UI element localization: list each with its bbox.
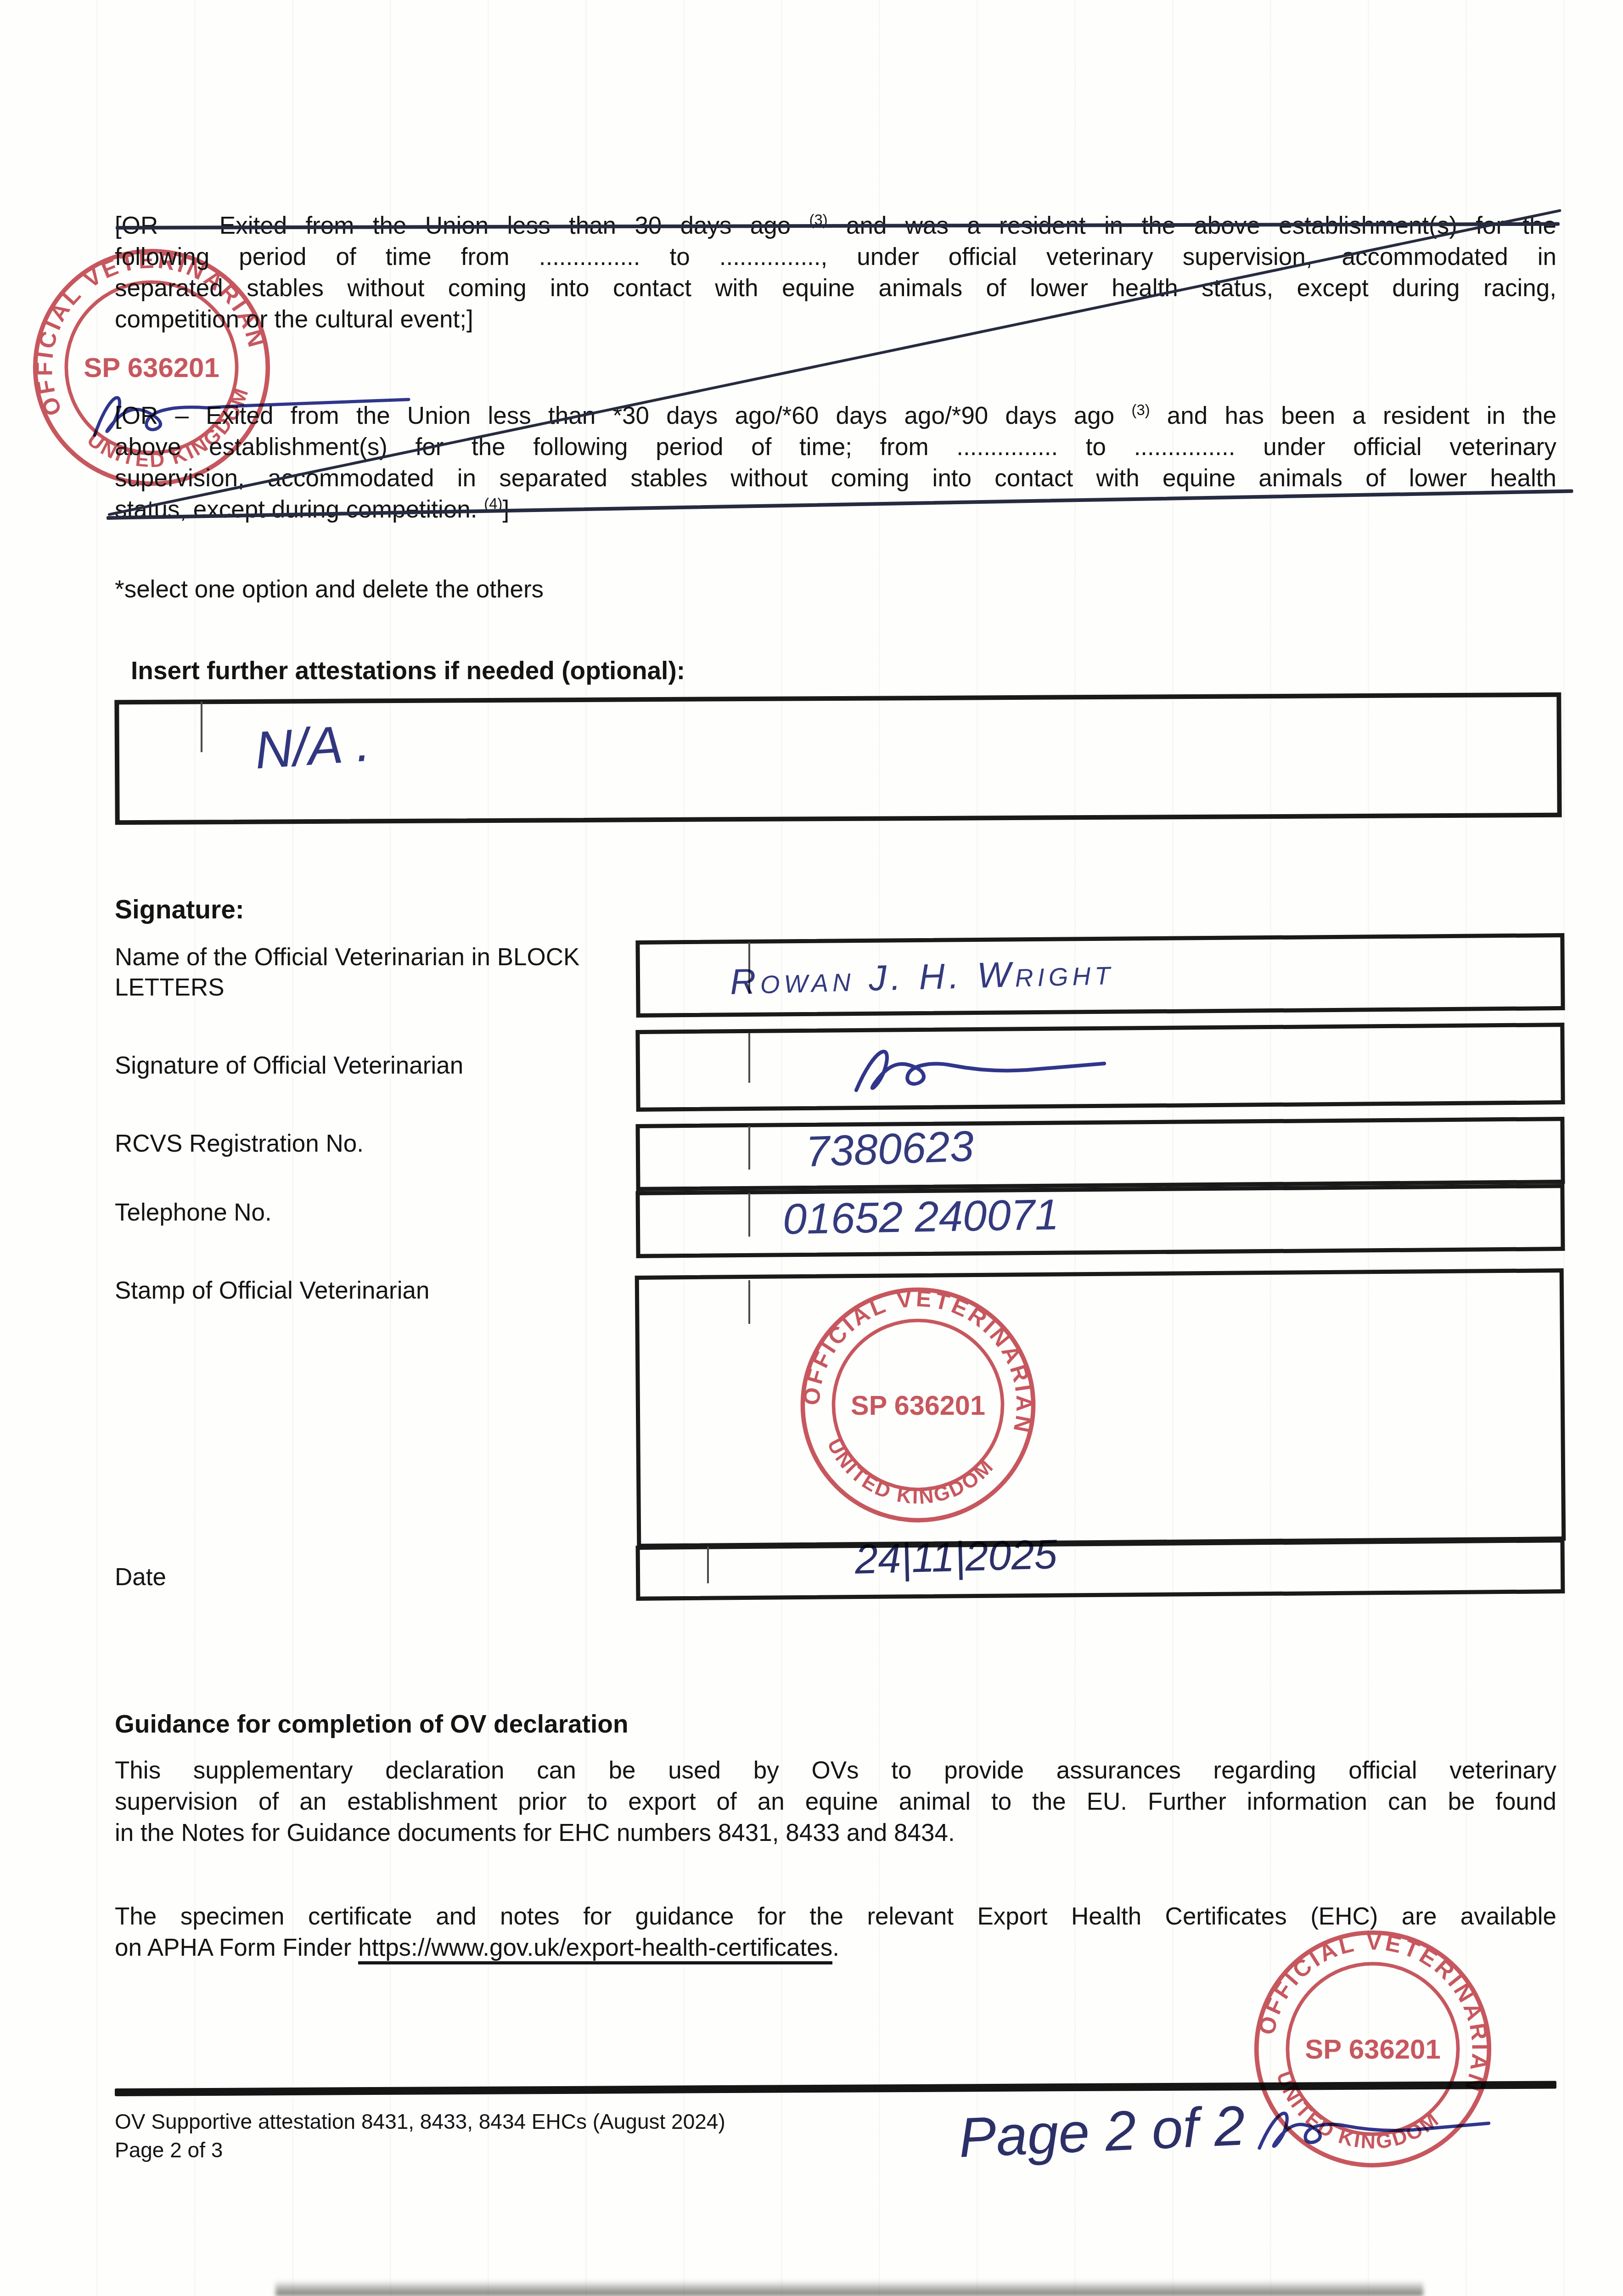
rcvs-value: 7380623 bbox=[805, 1121, 974, 1177]
guidance-line3: in the Notes for Guidance documents for … bbox=[115, 1818, 1556, 1849]
option1-line3: separated stables without coming into co… bbox=[115, 273, 1556, 304]
scan-tick-mark bbox=[748, 1126, 750, 1170]
phone-box bbox=[635, 1184, 1565, 1258]
further-attestations-heading: Insert further attestations if needed (o… bbox=[131, 656, 685, 685]
specimen-line2-suffix: . bbox=[832, 1934, 839, 1961]
date-label: Date bbox=[115, 1562, 611, 1593]
rcvs-box bbox=[635, 1117, 1565, 1191]
footer-line2: Page 2 of 3 bbox=[115, 2136, 223, 2164]
rcvs-label: RCVS Registration No. bbox=[115, 1129, 611, 1159]
scan-edge-smudge bbox=[275, 2280, 1423, 2296]
stamp-label: Stamp of Official Veterinarian bbox=[115, 1276, 611, 1306]
ov-initials-signature bbox=[87, 381, 455, 450]
guidance-heading: Guidance for completion of OV declaratio… bbox=[115, 1709, 628, 1739]
handwritten-page-number: Page 2 of 2 bbox=[957, 2093, 1247, 2170]
stamp-center-number: SP 636201 bbox=[84, 352, 219, 383]
scan-tick-mark bbox=[748, 1193, 750, 1237]
export-health-certificates-link[interactable]: https://www.gov.uk/export-health-certifi… bbox=[358, 1934, 832, 1964]
option1-line4: competition or the cultural event;] bbox=[115, 304, 1556, 335]
guidance-line2: supervision of an establishment prior to… bbox=[115, 1786, 1556, 1818]
scan-tick-mark bbox=[201, 702, 202, 752]
date-box bbox=[636, 1538, 1565, 1601]
veterinarian-signature bbox=[721, 1034, 1249, 1108]
signature-label: Signature of Official Veterinarian bbox=[115, 1051, 611, 1081]
date-value: 24|11|2025 bbox=[854, 1531, 1058, 1583]
name-label: Name of the Official Veterinarian in BLO… bbox=[115, 942, 611, 1003]
phone-value: 01652 240071 bbox=[782, 1190, 1059, 1244]
further-attestations-value: N/A . bbox=[253, 712, 372, 781]
signature-heading: Signature: bbox=[115, 895, 244, 925]
phone-label: Telephone No. bbox=[115, 1198, 611, 1228]
option2-line4: status, except during competition. (4)] bbox=[115, 494, 1556, 525]
scan-tick-mark bbox=[748, 1280, 750, 1324]
official-veterinarian-stamp-middle: OFFICIAL VETERINARIAN UNITED KINGDOM SP … bbox=[786, 1273, 1050, 1537]
guidance-line1: This supplementary declaration can be us… bbox=[115, 1755, 1556, 1786]
footer-line1: OV Supportive attestation 8431, 8433, 84… bbox=[115, 2108, 725, 2135]
veterinarian-signature-bottom bbox=[1251, 2094, 1499, 2167]
select-note: *select one option and delete the others bbox=[115, 574, 1556, 605]
stamp-box bbox=[635, 1268, 1566, 1548]
stamp-center-number: SP 636201 bbox=[851, 1390, 985, 1421]
stamp-center-number: SP 636201 bbox=[1305, 2034, 1440, 2065]
scan-tick-mark bbox=[707, 1547, 709, 1583]
specimen-line2-prefix: on APHA Form Finder bbox=[115, 1934, 358, 1961]
scanned-document-page: OFFICIAL VETERINARIAN UNITED KINGDOM SP … bbox=[0, 0, 1623, 2296]
